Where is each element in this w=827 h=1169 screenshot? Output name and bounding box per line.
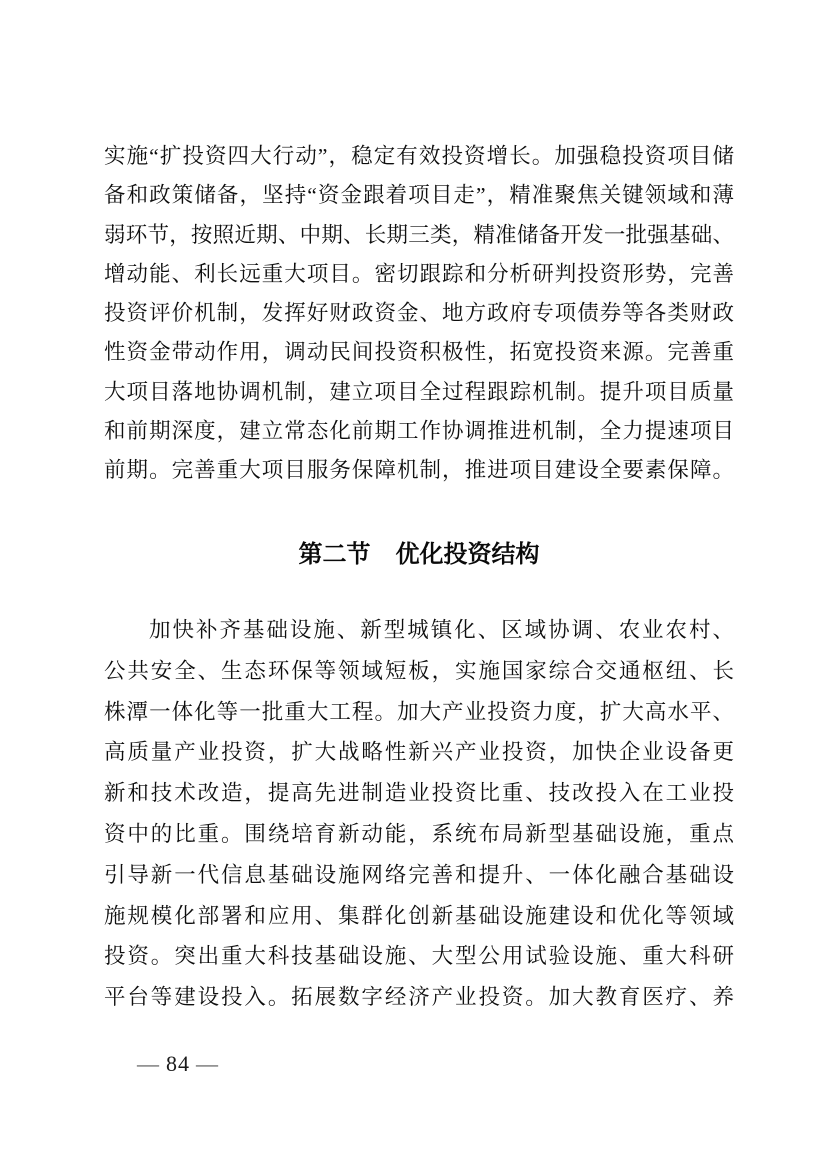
section-heading: 第二节优化投资结构 <box>104 538 734 572</box>
text-line: 加快补齐基础设施、新型城镇化、区域协调、农业农村、 <box>104 610 734 651</box>
text-line: 资中的比重。围绕培育新动能，系统布局新型基础设施，重点 <box>104 814 734 855</box>
text-line: 增动能、利长远重大项目。密切跟踪和分析研判投资形势，完善 <box>104 255 734 294</box>
text-line: 投资评价机制，发挥好财政资金、地方政府专项债券等各类财政 <box>104 294 734 333</box>
section-number: 第二节 <box>299 542 371 568</box>
text-line: 实施“扩投资四大行动”，稳定有效投资增长。加强稳投资项目储 <box>104 137 734 176</box>
body-paragraph-1: 实施“扩投资四大行动”，稳定有效投资增长。加强稳投资项目储 备和政策储备，坚持“… <box>104 137 734 491</box>
page-number-value: 84 <box>166 1051 190 1076</box>
text-line: 性资金带动作用，调动民间投资积极性，拓宽投资来源。完善重 <box>104 333 734 372</box>
text-line: 备和政策储备，坚持“资金跟着项目走”，精准聚焦关键领域和薄 <box>104 176 734 215</box>
text-line: 高质量产业投资，扩大战略性新兴产业投资，加快企业设备更 <box>104 732 734 773</box>
text-line: 投资。突出重大科技基础设施、大型公用试验设施、重大科研 <box>104 936 734 977</box>
section-title: 优化投资结构 <box>396 542 540 568</box>
page-number-dash-left: — <box>131 1051 166 1076</box>
page-number: —84— <box>131 1049 225 1079</box>
text-line: 大项目落地协调机制，建立项目全过程跟踪机制。提升项目质量 <box>104 373 734 412</box>
text-line: 新和技术改造，提高先进制造业投资比重、技改投入在工业投 <box>104 773 734 814</box>
text-line: 和前期深度，建立常态化前期工作协调推进机制，全力提速项目 <box>104 412 734 451</box>
text-line: 公共安全、生态环保等领域短板，实施国家综合交通枢纽、长 <box>104 651 734 692</box>
document-page: 实施“扩投资四大行动”，稳定有效投资增长。加强稳投资项目储 备和政策储备，坚持“… <box>0 0 827 1169</box>
text-line: 前期。完善重大项目服务保障机制，推进项目建设全要素保障。 <box>104 451 734 490</box>
text-line: 株潭一体化等一批重大工程。加大产业投资力度，扩大高水平、 <box>104 692 734 733</box>
text-line: 弱环节，按照近期、中期、长期三类，精准储备开发一批强基础、 <box>104 216 734 255</box>
text-line: 平台等建设投入。拓展数字经济产业投资。加大教育医疗、养 <box>104 977 734 1018</box>
text-line: 施规模化部署和应用、集群化创新基础设施建设和优化等领域 <box>104 896 734 937</box>
text-line: 引导新一代信息基础设施网络完善和提升、一体化融合基础设 <box>104 855 734 896</box>
page-number-dash-right: — <box>190 1051 225 1076</box>
body-paragraph-2: 加快补齐基础设施、新型城镇化、区域协调、农业农村、 公共安全、生态环保等领域短板… <box>104 610 734 1018</box>
